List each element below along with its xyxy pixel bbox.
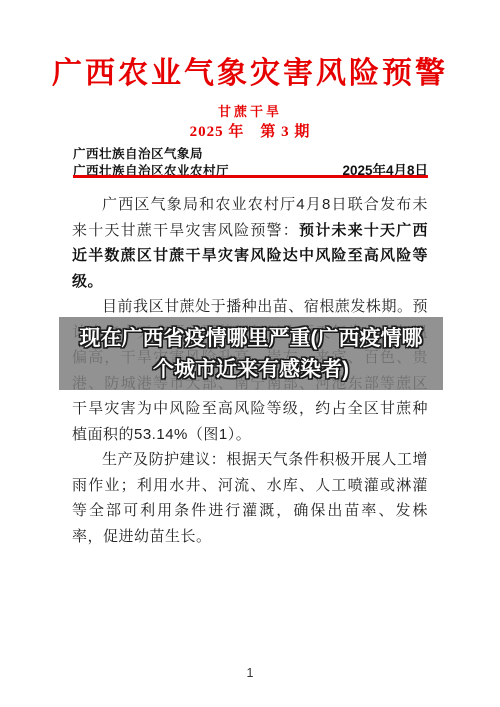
document-title: 广西农业气象灾害风险预警: [0, 48, 500, 92]
document-subtitle: 甘蔗干旱: [0, 101, 500, 120]
agency-line-1: 广西壮族自治区气象局: [73, 146, 229, 163]
watermark-title-line-1: 现在广西省疫情哪里严重(广西疫情哪: [80, 323, 423, 354]
paragraph-warning: 广西区气象局和农业农村厅4月8日联合发布未来十天甘蔗干旱灾害风险预警：预计未来十…: [72, 192, 428, 294]
document-page: 广西农业气象灾害风险预警 甘蔗干旱 2025 年 第 3 期 广西壮族自治区气象…: [0, 0, 500, 707]
page-number: 1: [0, 666, 500, 680]
red-divider-rule: [73, 175, 428, 178]
issue-number: 2025 年 第 3 期: [0, 120, 500, 141]
watermark-title-line-2: 个城市近来有感染者): [153, 354, 349, 385]
paragraph-advice: 生产及防护建议：根据天气条件积极开展人工增雨作业；利用水井、河流、水库、人工喷灌…: [72, 447, 428, 549]
watermark-title-overlay: 现在广西省疫情哪里严重(广西疫情哪 个城市近来有感染者): [59, 317, 443, 390]
